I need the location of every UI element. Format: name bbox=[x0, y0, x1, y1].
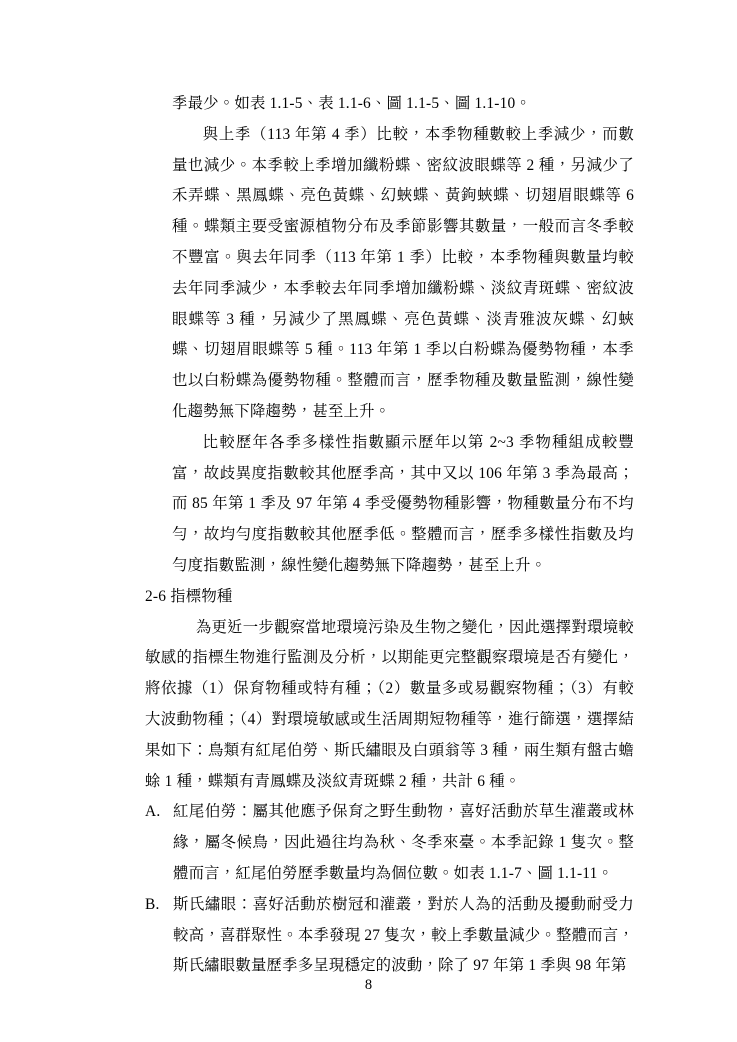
list-item-b-text: 斯氏繡眼：喜好活動於樹冠和灌叢，對於人為的活動及擾動耐受力較高，喜群聚性。本季發… bbox=[173, 890, 634, 982]
list-item-a-label: A. bbox=[145, 797, 173, 828]
continuation-paragraph: 季最少。如表 1.1-5、表 1.1-6、圖 1.1-5、圖 1.1-10。 bbox=[172, 89, 634, 120]
paragraph-diversity-index: 比較歷年各季多樣性指數顯示歷年以第 2~3 季物種組成較豐富，故歧異度指數較其他… bbox=[172, 428, 634, 582]
text-block: 季最少。如表 1.1-5、表 1.1-6、圖 1.1-5、圖 1.1-10。 與… bbox=[145, 89, 634, 982]
list-item-a-text: 紅尾伯勞：屬其他應予保育之野生動物，喜好活動於草生灌叢或林緣，屬冬候鳥，因此過往… bbox=[173, 797, 634, 889]
paragraph-indicator-species-intro: 為更近一步觀察當地環境污染及生物之變化，因此選擇對環境較敏感的指標生物進行監測及… bbox=[145, 613, 634, 798]
list-item-a: A. 紅尾伯勞：屬其他應予保育之野生動物，喜好活動於草生灌叢或林緣，屬冬候鳥，因… bbox=[145, 797, 634, 889]
page-number: 8 bbox=[0, 974, 737, 996]
list-item-b: B. 斯氏繡眼：喜好活動於樹冠和灌叢，對於人為的活動及擾動耐受力較高，喜群聚性。… bbox=[145, 890, 634, 982]
section-heading-2-6: 2-6 指標物種 bbox=[145, 582, 634, 613]
paragraph-season-comparison: 與上季（113 年第 4 季）比較，本季物種數較上季減少，而數量也減少。本季較上… bbox=[172, 120, 634, 428]
upper-section-block: 季最少。如表 1.1-5、表 1.1-6、圖 1.1-5、圖 1.1-10。 與… bbox=[172, 89, 634, 582]
document-page: 季最少。如表 1.1-5、表 1.1-6、圖 1.1-5、圖 1.1-10。 與… bbox=[0, 0, 737, 1042]
list-item-b-label: B. bbox=[145, 890, 173, 921]
